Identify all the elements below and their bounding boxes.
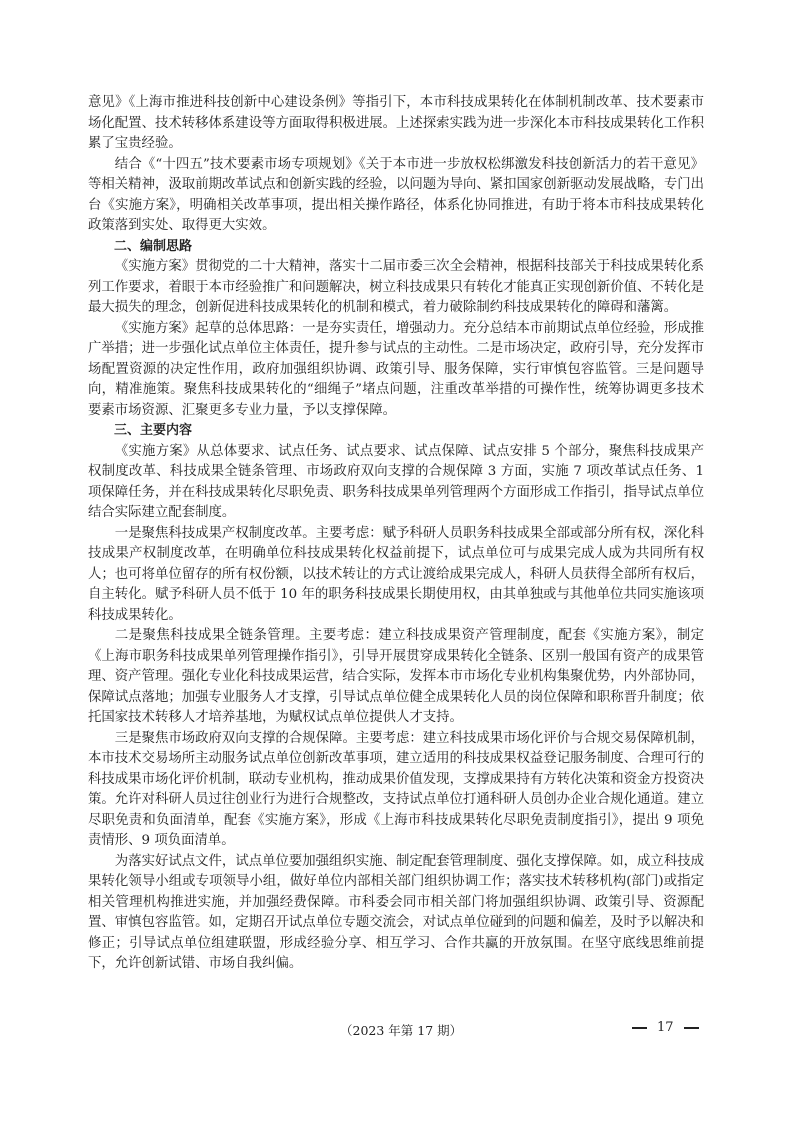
dash-right — [684, 1027, 699, 1029]
document-body: 意见》《上海市推进科技创新中心建设条例》等指引下，本市科技成果转化在体制机制改革… — [88, 93, 704, 975]
paragraph: 一是聚焦科技成果产权制度改革。主要考虑：赋予科研人员职务科技成果全部或部分所有权… — [88, 524, 704, 627]
section-heading-compilation-approach: 二、编制思路 — [88, 237, 704, 258]
page-number: 17 — [657, 1020, 674, 1035]
dash-left — [632, 1027, 647, 1029]
paragraph: 《实施方案》起草的总体思路：一是夯实责任，增强动力。充分总结本市前期试点单位经验… — [88, 319, 704, 422]
paragraph: 意见》《上海市推进科技创新中心建设条例》等指引下，本市科技成果转化在体制机制改革… — [88, 93, 704, 155]
paragraph: 为落实好试点文件，试点单位要加强组织实施、制定配套管理制度、强化支撑保障。如，成… — [88, 852, 704, 975]
paragraph: 《实施方案》贯彻党的二十大精神，落实十二届市委三次全会精神，根据科技部关于科技成… — [88, 257, 704, 319]
section-heading-main-content: 三、主要内容 — [88, 421, 704, 442]
paragraph: 《实施方案》从总体要求、试点任务、试点要求、试点保障、试点安排 5 个部分，聚焦… — [88, 442, 704, 524]
paragraph: 二是聚焦科技成果全链条管理。主要考虑：建立科技成果资产管理制度，配套《实施方案》… — [88, 626, 704, 729]
paragraph: 三是聚焦市场政府双向支撑的合规保障。主要考虑：建立科技成果市场化评价与合规交易保… — [88, 729, 704, 852]
page-number-block: 17 — [632, 1020, 699, 1035]
issue-label: （2023 年第 17 期） — [340, 1021, 462, 1039]
paragraph: 结合《“十四五”技术要素市场专项规划》《关于本市进一步放权松绑激发科技创新活力的… — [88, 155, 704, 237]
